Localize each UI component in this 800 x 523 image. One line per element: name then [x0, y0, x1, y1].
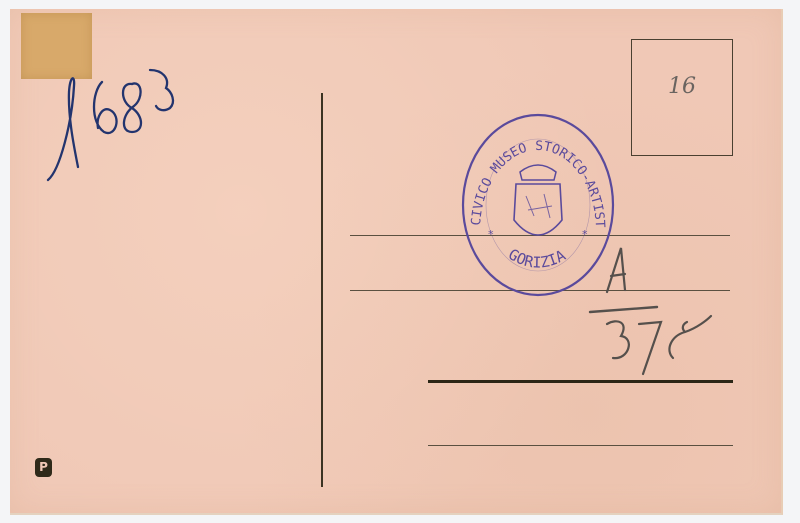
address-line-4	[428, 445, 733, 446]
svg-text:*: *	[488, 228, 494, 241]
center-divider-line	[321, 93, 323, 487]
seal-text-top: CIVICO MUSEO STORICO-ARTISTICO	[458, 110, 607, 228]
inventory-mark	[585, 240, 715, 380]
handwritten-catalog-number	[40, 62, 190, 192]
seal-text-bottom: GORIZIA	[505, 245, 568, 271]
stamp-box-number: 16	[632, 74, 732, 99]
stamp-placement-box: 16	[631, 39, 733, 156]
address-line-3	[428, 380, 733, 383]
svg-text:CIVICO MUSEO STORICO-ARTISTICO: CIVICO MUSEO STORICO-ARTISTICO	[458, 110, 607, 228]
svg-text:GORIZIA: GORIZIA	[505, 245, 568, 271]
publisher-logo-icon: P	[35, 458, 52, 477]
